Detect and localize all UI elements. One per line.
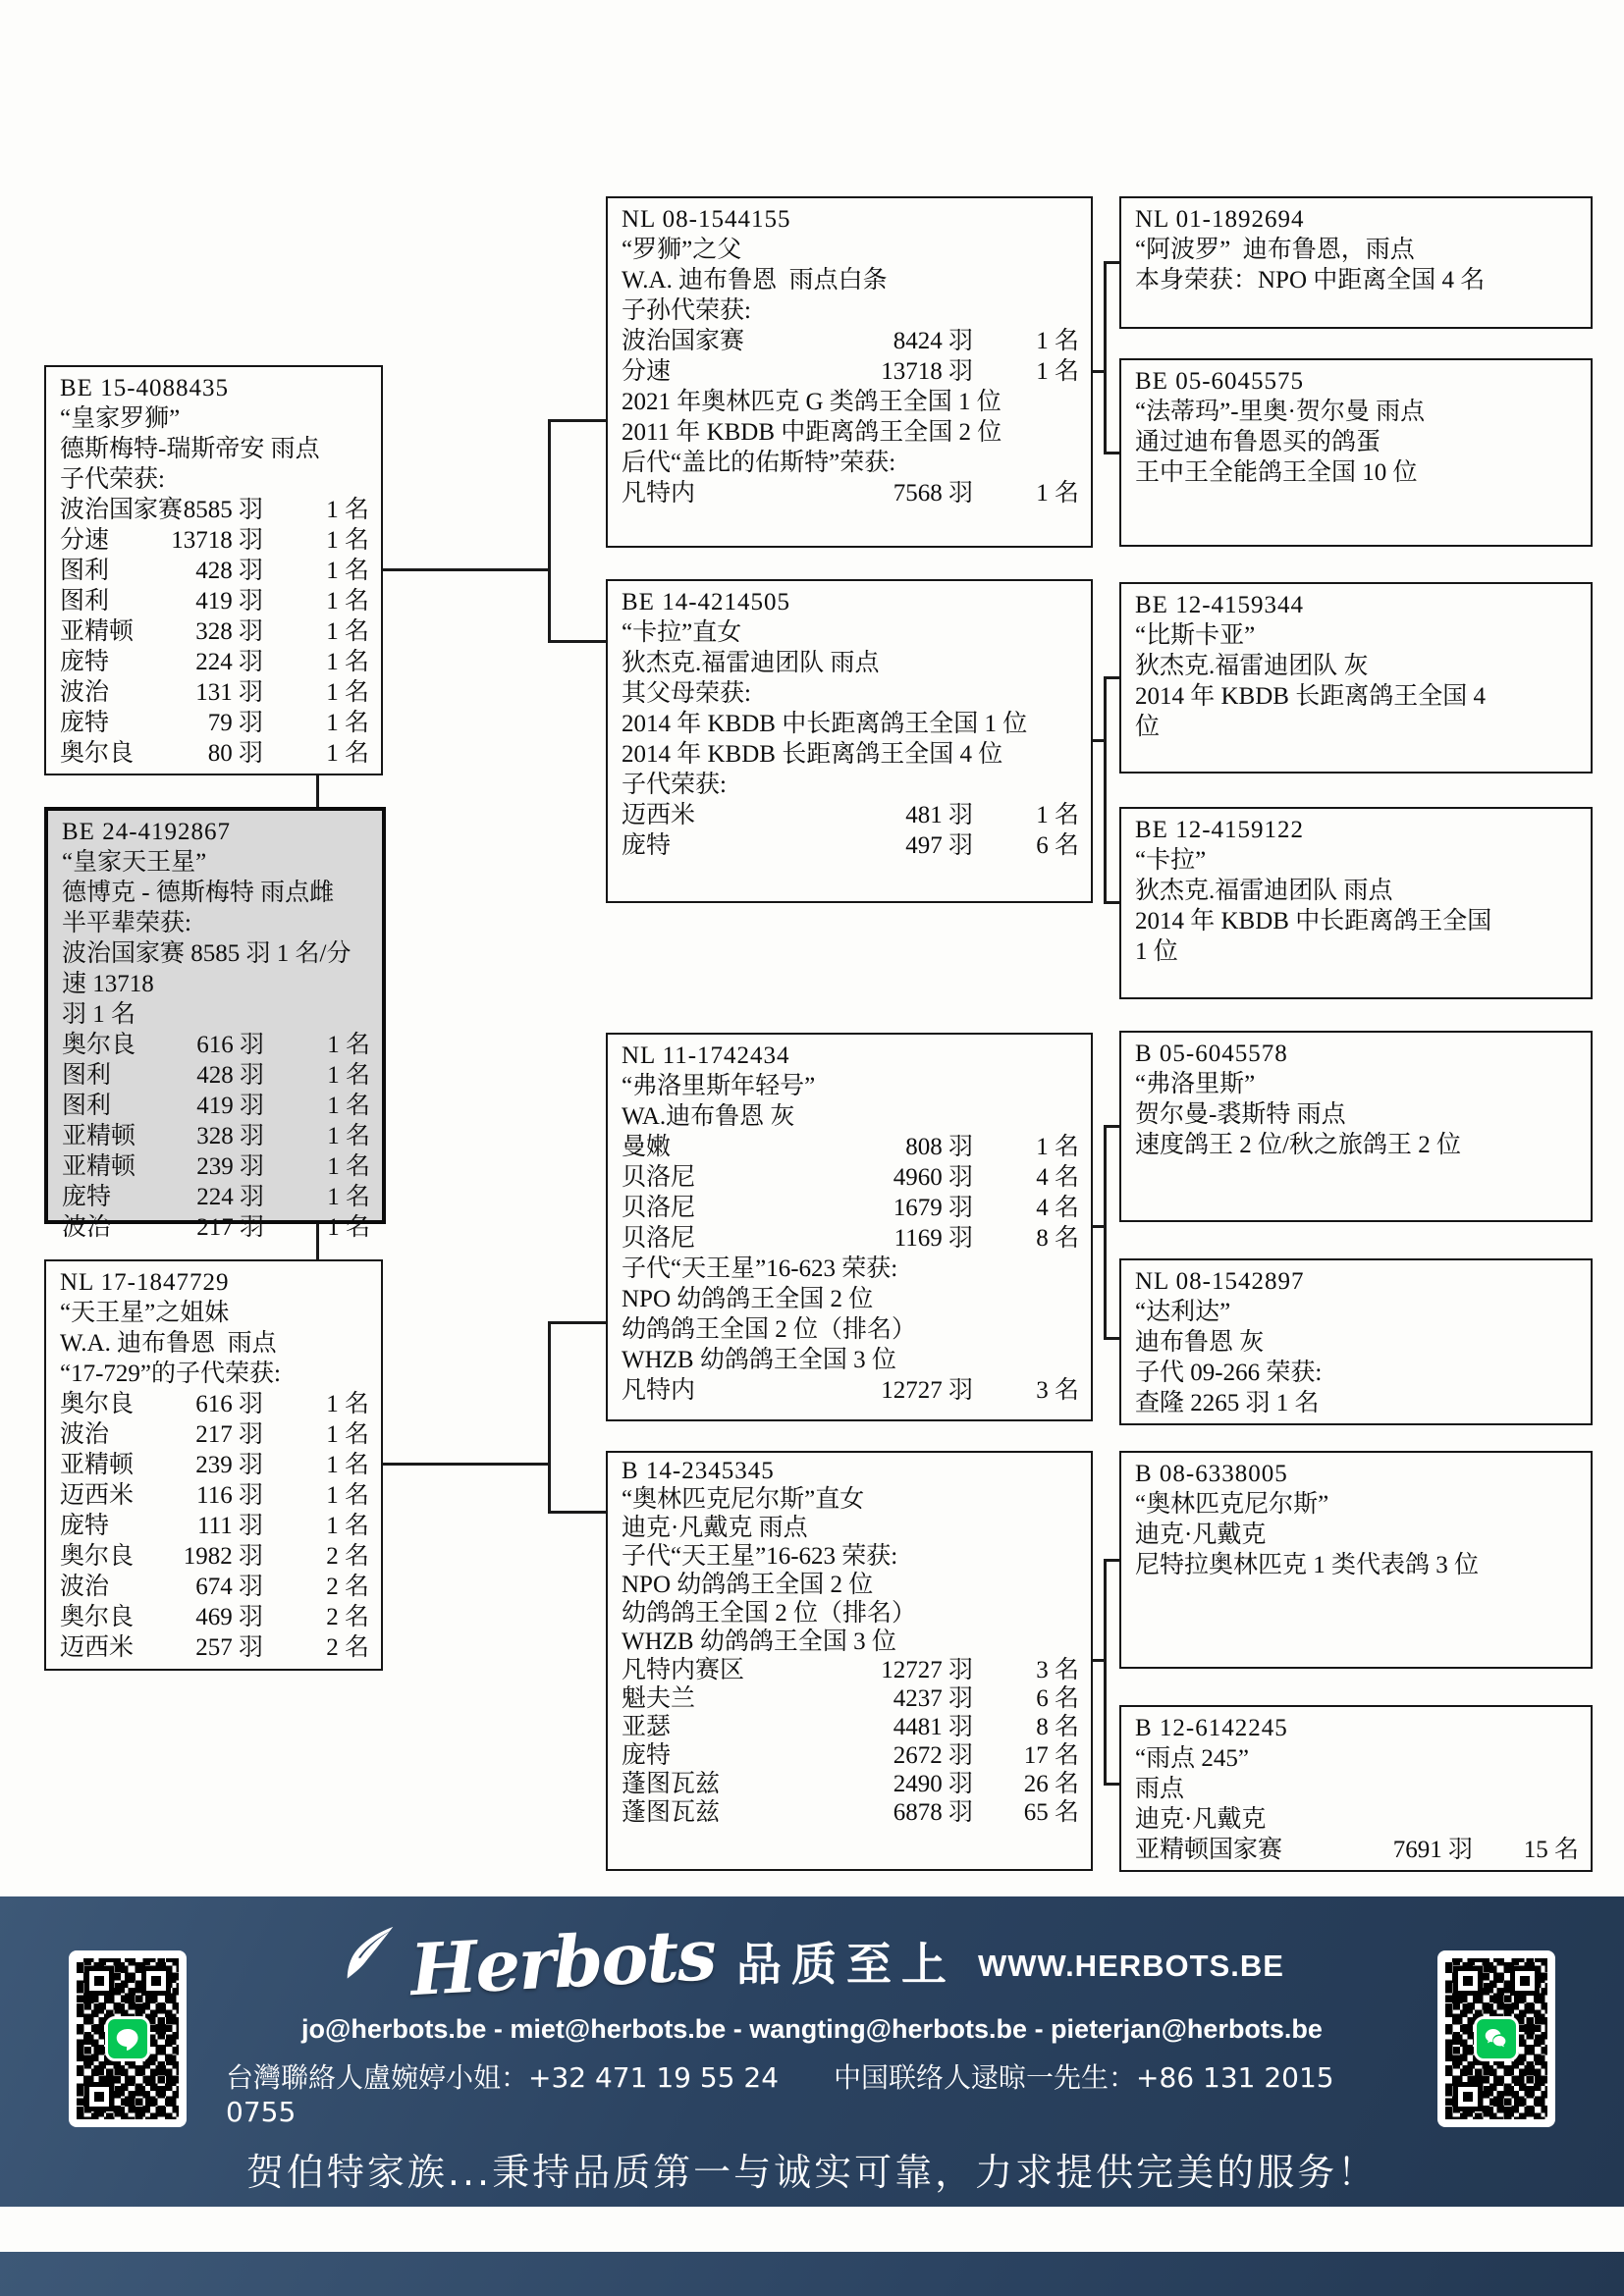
race-name: 分速 [60, 525, 109, 556]
pedigree-box-great-grandparent-8: B 12-6142245“雨点 245”雨点迪克·凡戴克亚精顿国家赛7691 羽… [1119, 1705, 1593, 1872]
result-row: 亚精顿239 羽1 名 [62, 1151, 370, 1182]
prize-rank: 17 名 [1002, 1741, 1079, 1770]
footer-band: Herbots 品质至上 WWW.HERBOTS.BE jo@herbots.b… [0, 1896, 1624, 2207]
result-row: 蓬图瓦兹2490 羽26 名 [622, 1770, 1079, 1798]
result-row: 波治131 羽1 名 [60, 677, 369, 708]
box-line: 位 [1135, 712, 1579, 742]
pedigree-box-paternal-granddam: BE 14-4214505“卡拉”直女狄杰克.福雷迪团队 雨点其父母荣获:201… [606, 579, 1093, 903]
birds-count: 428 羽 [109, 556, 293, 586]
footer-center: Herbots 品质至上 WWW.HERBOTS.BE jo@herbots.b… [226, 1896, 1398, 2207]
connector-line [1104, 1126, 1107, 1340]
line-icon [105, 2016, 150, 2061]
ring-number: BE 12-4159122 [1135, 815, 1579, 845]
box-line: WA.迪布鲁恩 灰 [622, 1101, 1079, 1132]
birds-count: 1679 羽 [695, 1193, 1002, 1223]
birds-count: 7691 羽 [1282, 1835, 1502, 1865]
birds-count: 481 羽 [695, 800, 1002, 830]
ring-number: B 14-2345345 [622, 1457, 1079, 1485]
birds-count: 419 羽 [109, 586, 293, 616]
birds-count: 217 羽 [111, 1212, 294, 1243]
result-row: 图利428 羽1 名 [60, 556, 369, 586]
birds-count: 239 羽 [134, 1450, 293, 1480]
prize-rank: 1 名 [293, 647, 369, 677]
prize-rank: 1 名 [1002, 326, 1079, 356]
prize-rank: 2 名 [293, 1632, 369, 1663]
box-line: 2014 年 KBDB 长距离鸽王全国 4 [1135, 681, 1579, 712]
connector-line [383, 568, 550, 571]
box-line: 子代荣获: [622, 770, 1079, 800]
prize-rank: 4 名 [1002, 1162, 1079, 1193]
feather-icon [336, 1924, 407, 1981]
ring-number: B 05-6045578 [1135, 1039, 1579, 1069]
connector-line [1104, 1125, 1119, 1128]
connector-line [1104, 452, 1119, 454]
line-qr-code [69, 1950, 187, 2127]
prize-rank: 1 名 [293, 1389, 369, 1419]
box-line: 贺尔曼-裘斯特 雨点 [1135, 1099, 1579, 1130]
box-line: “卡拉” [1135, 845, 1579, 876]
prize-rank: 1 名 [294, 1121, 370, 1151]
website-link: WWW.HERBOTS.BE [978, 1949, 1284, 1984]
birds-count: 116 羽 [134, 1480, 293, 1511]
result-row: 亚精顿国家赛7691 羽15 名 [1135, 1835, 1579, 1865]
birds-count: 217 羽 [109, 1419, 293, 1450]
result-row: 迈西米257 羽2 名 [60, 1632, 369, 1663]
box-line: “奥林匹克尼尔斯” [1135, 1489, 1579, 1520]
prize-rank: 1 名 [1002, 1132, 1079, 1162]
birds-count: 111 羽 [109, 1511, 293, 1541]
result-row: 庞特111 羽1 名 [60, 1511, 369, 1541]
birds-count: 224 羽 [111, 1182, 294, 1212]
birds-count: 79 羽 [109, 708, 293, 738]
result-row: 亚精顿328 羽1 名 [60, 616, 369, 647]
box-line: “比斯卡亚” [1135, 620, 1579, 651]
birds-count: 1982 羽 [134, 1541, 293, 1572]
connector-line [1104, 901, 1119, 904]
birds-count: 2672 羽 [671, 1741, 1002, 1770]
result-row: 波治674 羽2 名 [60, 1572, 369, 1602]
box-line: NPO 幼鸽鸽王全国 2 位 [622, 1571, 1079, 1599]
birds-count: 13718 羽 [109, 525, 293, 556]
race-name: 庞特 [60, 1511, 109, 1541]
result-row: 贝洛尼1169 羽8 名 [622, 1223, 1079, 1254]
ring-number: BE 12-4159344 [1135, 590, 1579, 620]
pedigree-box-great-grandparent-1: NL 01-1892694“阿波罗” 迪布鲁恩，雨点本身荣获：NPO 中距离全国… [1119, 196, 1593, 329]
birds-count: 257 羽 [134, 1632, 293, 1663]
box-line: “皇家天王星” [62, 847, 370, 878]
prize-rank: 65 名 [1002, 1798, 1079, 1827]
race-name: 凡特内 [622, 1375, 695, 1406]
result-row: 庞特497 羽6 名 [622, 830, 1079, 861]
brand-slogan: 品质至上 [736, 1929, 956, 1994]
result-row: 迈西米481 羽1 名 [622, 800, 1079, 830]
prize-rank: 1 名 [293, 1450, 369, 1480]
result-row: 图利419 羽1 名 [60, 586, 369, 616]
result-row: 奥尔良469 羽2 名 [60, 1602, 369, 1632]
race-name: 图利 [60, 556, 109, 586]
box-line: “雨点 245” [1135, 1743, 1579, 1774]
box-line: 通过迪布鲁恩买的鸽蛋 [1135, 427, 1579, 457]
race-name: 曼嫩 [622, 1132, 671, 1162]
ring-number: NL 17-1847729 [60, 1267, 369, 1298]
box-line: “罗狮”之父 [622, 235, 1079, 265]
pedigree-box-great-grandparent-5: B 05-6045578“弗洛里斯”贺尔曼-裘斯特 雨点速度鸽王 2 位/秋之旅… [1119, 1031, 1593, 1222]
pedigree-box-great-grandparent-4: BE 12-4159122“卡拉”狄杰克.福雷迪团队 雨点2014 年 KBDB… [1119, 807, 1593, 999]
box-line: “皇家罗狮” [60, 403, 369, 434]
box-line: 子代“天王星”16-623 荣获: [622, 1542, 1079, 1571]
birds-count: 6878 羽 [720, 1798, 1002, 1827]
race-name: 庞特 [60, 708, 109, 738]
race-name: 奥尔良 [60, 1541, 134, 1572]
result-row: 图利428 羽1 名 [62, 1060, 370, 1091]
pedigree-box-sire: BE 15-4088435“皇家罗狮”德斯梅特-瑞斯帝安 雨点子代荣获:波治国家… [44, 365, 383, 775]
prize-rank: 1 名 [293, 525, 369, 556]
prize-rank: 1 名 [293, 586, 369, 616]
connector-line [1104, 1783, 1119, 1786]
race-name: 波治国家赛 [60, 495, 183, 525]
birds-count: 674 羽 [109, 1572, 293, 1602]
box-line: 德斯梅特-瑞斯帝安 雨点 [60, 434, 369, 464]
race-name: 庞特 [60, 647, 109, 677]
brand-row: Herbots 品质至上 WWW.HERBOTS.BE [340, 1914, 1284, 2008]
birds-count: 616 羽 [135, 1030, 294, 1060]
contact-emails: jo@herbots.be - miet@herbots.be - wangti… [301, 2014, 1323, 2045]
prize-rank: 3 名 [1002, 1656, 1079, 1684]
result-row: 庞特224 羽1 名 [60, 647, 369, 677]
connector-line [1104, 1559, 1119, 1562]
race-name: 波治 [62, 1212, 111, 1243]
result-row: 凡特内7568 羽1 名 [622, 478, 1079, 508]
connector-line [548, 1321, 606, 1324]
result-row: 贝洛尼4960 羽4 名 [622, 1162, 1079, 1193]
prize-rank: 6 名 [1002, 830, 1079, 861]
result-row: 亚精顿328 羽1 名 [62, 1121, 370, 1151]
box-line: “天王星”之姐妹 [60, 1298, 369, 1328]
race-name: 奥尔良 [60, 1389, 134, 1419]
result-row: 魁夫兰4237 羽6 名 [622, 1684, 1079, 1713]
race-name: 波治 [60, 1419, 109, 1450]
pedigree-box-great-grandparent-3: BE 12-4159344“比斯卡亚”狄杰克.福雷迪团队 灰2014 年 KBD… [1119, 582, 1593, 774]
ring-number: NL 11-1742434 [622, 1041, 1079, 1071]
box-line: 迪克·凡戴克 [1135, 1804, 1579, 1835]
prize-rank: 1 名 [293, 616, 369, 647]
result-row: 波治国家赛8424 羽1 名 [622, 326, 1079, 356]
race-name: 亚精顿国家赛 [1135, 1835, 1282, 1865]
race-name: 波治国家赛 [622, 326, 744, 356]
qr-pattern [77, 1958, 179, 2119]
connector-line [548, 420, 551, 643]
box-line: 子代 09-266 荣获: [1135, 1358, 1579, 1388]
race-name: 迈西米 [60, 1480, 134, 1511]
race-name: 贝洛尼 [622, 1162, 695, 1193]
box-line: 速度鸽王 2 位/秋之旅鸽王 2 位 [1135, 1130, 1579, 1160]
box-line: “卡拉”直女 [622, 617, 1079, 648]
ring-number: NL 08-1544155 [622, 204, 1079, 235]
race-name: 庞特 [622, 1741, 671, 1770]
prize-rank: 6 名 [1002, 1684, 1079, 1713]
prize-rank: 15 名 [1502, 1835, 1579, 1865]
qr-pattern [1445, 1958, 1547, 2119]
box-line: “17-729”的子代荣获: [60, 1359, 369, 1389]
box-line: 迪克·凡戴克 雨点 [622, 1514, 1079, 1542]
birds-count: 4237 羽 [695, 1684, 1002, 1713]
birds-count: 13718 羽 [671, 356, 1002, 387]
pedigree-box-great-grandparent-2: BE 05-6045575“法蒂玛”-里奥·贺尔曼 雨点通过迪布鲁恩买的鸽蛋王中… [1119, 358, 1593, 547]
box-line: 狄杰克.福雷迪团队 灰 [1135, 651, 1579, 681]
birds-count: 4960 羽 [695, 1162, 1002, 1193]
race-name: 庞特 [62, 1182, 111, 1212]
box-line: “阿波罗” 迪布鲁恩，雨点 [1135, 235, 1579, 265]
connector-line [316, 1224, 319, 1259]
result-row: 图利419 羽1 名 [62, 1091, 370, 1121]
ring-number: B 12-6142245 [1135, 1713, 1579, 1743]
prize-rank: 1 名 [293, 677, 369, 708]
race-name: 亚精顿 [60, 616, 134, 647]
result-row: 亚精顿239 羽1 名 [60, 1450, 369, 1480]
box-line: “达利达” [1135, 1297, 1579, 1327]
connector-line [316, 775, 319, 807]
box-line: 尼特拉奥林匹克 1 类代表鸽 3 位 [1135, 1550, 1579, 1580]
box-line: 2014 年 KBDB 中长距离鸽王全国 [1135, 906, 1579, 936]
box-line: 子代荣获: [60, 464, 369, 495]
birds-count: 7568 羽 [695, 478, 1002, 508]
race-name: 迈西米 [622, 800, 695, 830]
prize-rank: 3 名 [1002, 1375, 1079, 1406]
birds-count: 808 羽 [671, 1132, 1002, 1162]
box-line: 1 位 [1135, 936, 1579, 967]
connector-line [1104, 262, 1107, 454]
box-line: 子代“天王星”16-623 荣获: [622, 1254, 1079, 1284]
prize-rank: 1 名 [294, 1030, 370, 1060]
race-name: 魁夫兰 [622, 1684, 695, 1713]
birds-count: 239 羽 [135, 1151, 294, 1182]
prize-rank: 1 名 [1002, 356, 1079, 387]
birds-count: 1169 羽 [695, 1223, 1002, 1254]
qr-finder [84, 1966, 114, 1996]
prize-rank: 1 名 [293, 708, 369, 738]
race-name: 奥尔良 [60, 1602, 134, 1632]
birds-count: 469 羽 [134, 1602, 293, 1632]
box-line: 子孙代荣获: [622, 295, 1079, 326]
pedigree-box-paternal-grandsire: NL 08-1544155“罗狮”之父W.A. 迪布鲁恩 雨点白条子孙代荣获:波… [606, 196, 1093, 548]
box-line: WHZB 幼鸽鸽王全国 3 位 [622, 1628, 1079, 1656]
prize-rank: 1 名 [294, 1182, 370, 1212]
result-row: 亚瑟4481 羽8 名 [622, 1713, 1079, 1741]
qr-finder [84, 2082, 114, 2111]
box-line: 雨点 [1135, 1774, 1579, 1804]
prize-rank: 1 名 [293, 1419, 369, 1450]
race-name: 奥尔良 [60, 738, 134, 769]
result-row: 奥尔良616 羽1 名 [60, 1389, 369, 1419]
result-row: 奥尔良1982 羽2 名 [60, 1541, 369, 1572]
ring-number: NL 01-1892694 [1135, 204, 1579, 235]
race-name: 分速 [622, 356, 671, 387]
ring-number: BE 15-4088435 [60, 373, 369, 403]
box-line: WHZB 幼鸽鸽王全国 3 位 [622, 1345, 1079, 1375]
connector-line [548, 640, 606, 643]
result-row: 庞特2672 羽17 名 [622, 1741, 1079, 1770]
result-row: 分速13718 羽1 名 [60, 525, 369, 556]
prize-rank: 8 名 [1002, 1713, 1079, 1741]
box-line: 2021 年奥林匹克 G 类鸽王全国 1 位 [622, 387, 1079, 417]
box-line: “弗洛里斯年轻号” [622, 1071, 1079, 1101]
birds-count: 428 羽 [111, 1060, 294, 1091]
birds-count: 8424 羽 [744, 326, 1002, 356]
result-row: 波治217 羽1 名 [60, 1419, 369, 1450]
box-line: 迪克·凡戴克 [1135, 1520, 1579, 1550]
box-line: W.A. 迪布鲁恩 雨点 [60, 1328, 369, 1359]
race-name: 凡特内赛区 [622, 1656, 744, 1684]
ring-number: NL 08-1542897 [1135, 1266, 1579, 1297]
prize-rank: 1 名 [293, 738, 369, 769]
race-name: 亚精顿 [62, 1121, 135, 1151]
prize-rank: 2 名 [293, 1602, 369, 1632]
box-line: 本身荣获：NPO 中距离全国 4 名 [1135, 265, 1579, 295]
result-row: 庞特79 羽1 名 [60, 708, 369, 738]
box-line: 迪布鲁恩 灰 [1135, 1327, 1579, 1358]
race-name: 亚精顿 [60, 1450, 134, 1480]
result-row: 波治217 羽1 名 [62, 1212, 370, 1243]
prize-rank: 1 名 [293, 495, 369, 525]
race-name: 蓬图瓦兹 [622, 1798, 720, 1827]
box-line: 其父母荣获: [622, 678, 1079, 709]
wechat-qr-code [1437, 1950, 1555, 2127]
ring-number: BE 14-4214505 [622, 587, 1079, 617]
prize-rank: 8 名 [1002, 1223, 1079, 1254]
box-line: W.A. 迪布鲁恩 雨点白条 [622, 265, 1079, 295]
birds-count: 224 羽 [109, 647, 293, 677]
pedigree-box-maternal-granddam: B 14-2345345“奥林匹克尼尔斯”直女迪克·凡戴克 雨点子代“天王星”1… [606, 1451, 1093, 1871]
birds-count: 616 羽 [134, 1389, 293, 1419]
qr-finder [1453, 2082, 1483, 2111]
pedigree-box-great-grandparent-6: NL 08-1542897“达利达”迪布鲁恩 灰子代 09-266 荣获:查隆 … [1119, 1258, 1593, 1425]
race-name: 贝洛尼 [622, 1223, 695, 1254]
race-name: 波治 [60, 1572, 109, 1602]
pedigree-box-maternal-grandsire: NL 11-1742434“弗洛里斯年轻号”WA.迪布鲁恩 灰曼嫩808 羽1 … [606, 1033, 1093, 1421]
footer-bottom-strip [0, 2252, 1624, 2296]
result-row: 凡特内赛区12727 羽3 名 [622, 1656, 1079, 1684]
connector-line [1104, 1337, 1119, 1340]
connector-line [383, 1463, 550, 1466]
prize-rank: 1 名 [294, 1060, 370, 1091]
prize-rank: 26 名 [1002, 1770, 1079, 1798]
race-name: 图利 [62, 1091, 111, 1121]
birds-count: 2490 羽 [720, 1770, 1002, 1798]
race-name: 亚精顿 [62, 1151, 135, 1182]
birds-count: 328 羽 [134, 616, 293, 647]
result-row: 波治国家赛8585 羽1 名 [60, 495, 369, 525]
box-line: “法蒂玛”-里奥·贺尔曼 雨点 [1135, 397, 1579, 427]
ring-number: BE 05-6045575 [1135, 366, 1579, 397]
connector-line [548, 1322, 551, 1514]
race-name: 奥尔良 [62, 1030, 135, 1060]
box-line: 查隆 2265 羽 1 名 [1135, 1388, 1579, 1418]
prize-rank: 1 名 [1002, 478, 1079, 508]
ring-number: B 08-6338005 [1135, 1459, 1579, 1489]
qr-finder [1453, 1966, 1483, 1996]
birds-count: 497 羽 [671, 830, 1002, 861]
prize-rank: 1 名 [294, 1091, 370, 1121]
connector-line [1104, 1560, 1107, 1786]
prize-rank: 2 名 [293, 1541, 369, 1572]
birds-count: 12727 羽 [744, 1656, 1002, 1684]
box-line: 王中王全能鸽王全国 10 位 [1135, 457, 1579, 488]
result-row: 奥尔良616 羽1 名 [62, 1030, 370, 1060]
brand-logo: Herbots [408, 1911, 717, 2010]
birds-count: 131 羽 [109, 677, 293, 708]
qr-finder [141, 1966, 171, 1996]
box-line: 2014 年 KBDB 中长距离鸽王全国 1 位 [622, 709, 1079, 739]
ring-number: BE 24-4192867 [62, 817, 370, 847]
prize-rank: 1 名 [1002, 800, 1079, 830]
race-name: 图利 [60, 586, 109, 616]
birds-count: 328 羽 [135, 1121, 294, 1151]
birds-count: 12727 羽 [695, 1375, 1002, 1406]
box-line: 狄杰克.福雷迪团队 雨点 [1135, 876, 1579, 906]
prize-rank: 1 名 [294, 1212, 370, 1243]
box-line: 2014 年 KBDB 长距离鸽王全国 4 位 [622, 739, 1079, 770]
result-row: 庞特224 羽1 名 [62, 1182, 370, 1212]
box-line: “弗洛里斯” [1135, 1069, 1579, 1099]
box-line: 波治国家赛 8585 羽 1 名/分速 13718 [62, 938, 370, 999]
result-row: 分速13718 羽1 名 [622, 356, 1079, 387]
race-name: 迈西米 [60, 1632, 134, 1663]
box-line: 幼鸽鸽王全国 2 位（排名） [622, 1314, 1079, 1345]
race-name: 波治 [60, 677, 109, 708]
box-line: 半平辈荣获: [62, 908, 370, 938]
connector-line [1104, 261, 1119, 264]
box-line: “奥林匹克尼尔斯”直女 [622, 1485, 1079, 1514]
box-line: 羽 1 名 [62, 999, 370, 1030]
box-line: 幼鸽鸽王全国 2 位（排名） [622, 1599, 1079, 1628]
race-name: 图利 [62, 1060, 111, 1091]
birds-count: 4481 羽 [671, 1713, 1002, 1741]
pedigree-box-great-grandparent-7: B 08-6338005“奥林匹克尼尔斯”迪克·凡戴克尼特拉奥林匹克 1 类代表… [1119, 1451, 1593, 1669]
race-name: 庞特 [622, 830, 671, 861]
contact-phones: 台灣聯絡人盧婉婷小姐：+32 471 19 55 24 中国联络人逯晾一先生：+… [226, 2056, 1398, 2128]
birds-count: 80 羽 [134, 738, 293, 769]
box-line: 2011 年 KBDB 中距离鸽王全国 2 位 [622, 417, 1079, 448]
box-line: 德博克 - 德斯梅特 雨点雌 [62, 878, 370, 908]
qr-finder [1510, 1966, 1540, 1996]
footer-tagline: 贺伯特家族...秉持品质第一与诚实可靠，力求提供完美的服务！ [246, 2142, 1378, 2196]
pedigree-box-subject: BE 24-4192867“皇家天王星”德博克 - 德斯梅特 雨点雌半平辈荣获:… [44, 807, 386, 1224]
result-row: 迈西米116 羽1 名 [60, 1480, 369, 1511]
connector-line [1104, 676, 1119, 679]
box-line: 狄杰克.福雷迪团队 雨点 [622, 648, 1079, 678]
box-line: 后代“盖比的佑斯特”荣获: [622, 448, 1079, 478]
connector-line [548, 419, 606, 422]
race-name: 亚瑟 [622, 1713, 671, 1741]
connector-line [1104, 677, 1107, 904]
box-line: NPO 幼鸽鸽王全国 2 位 [622, 1284, 1079, 1314]
prize-rank: 1 名 [293, 1511, 369, 1541]
pedigree-box-dam: NL 17-1847729“天王星”之姐妹W.A. 迪布鲁恩 雨点“17-729… [44, 1259, 383, 1671]
result-row: 贝洛尼1679 羽4 名 [622, 1193, 1079, 1223]
result-row: 凡特内12727 羽3 名 [622, 1375, 1079, 1406]
result-row: 奥尔良80 羽1 名 [60, 738, 369, 769]
prize-rank: 4 名 [1002, 1193, 1079, 1223]
birds-count: 8585 羽 [183, 495, 293, 525]
connector-line [548, 1511, 606, 1514]
result-row: 曼嫩808 羽1 名 [622, 1132, 1079, 1162]
prize-rank: 1 名 [294, 1151, 370, 1182]
prize-rank: 2 名 [293, 1572, 369, 1602]
wechat-icon [1474, 2016, 1519, 2061]
result-row: 蓬图瓦兹6878 羽65 名 [622, 1798, 1079, 1827]
race-name: 蓬图瓦兹 [622, 1770, 720, 1798]
race-name: 贝洛尼 [622, 1193, 695, 1223]
